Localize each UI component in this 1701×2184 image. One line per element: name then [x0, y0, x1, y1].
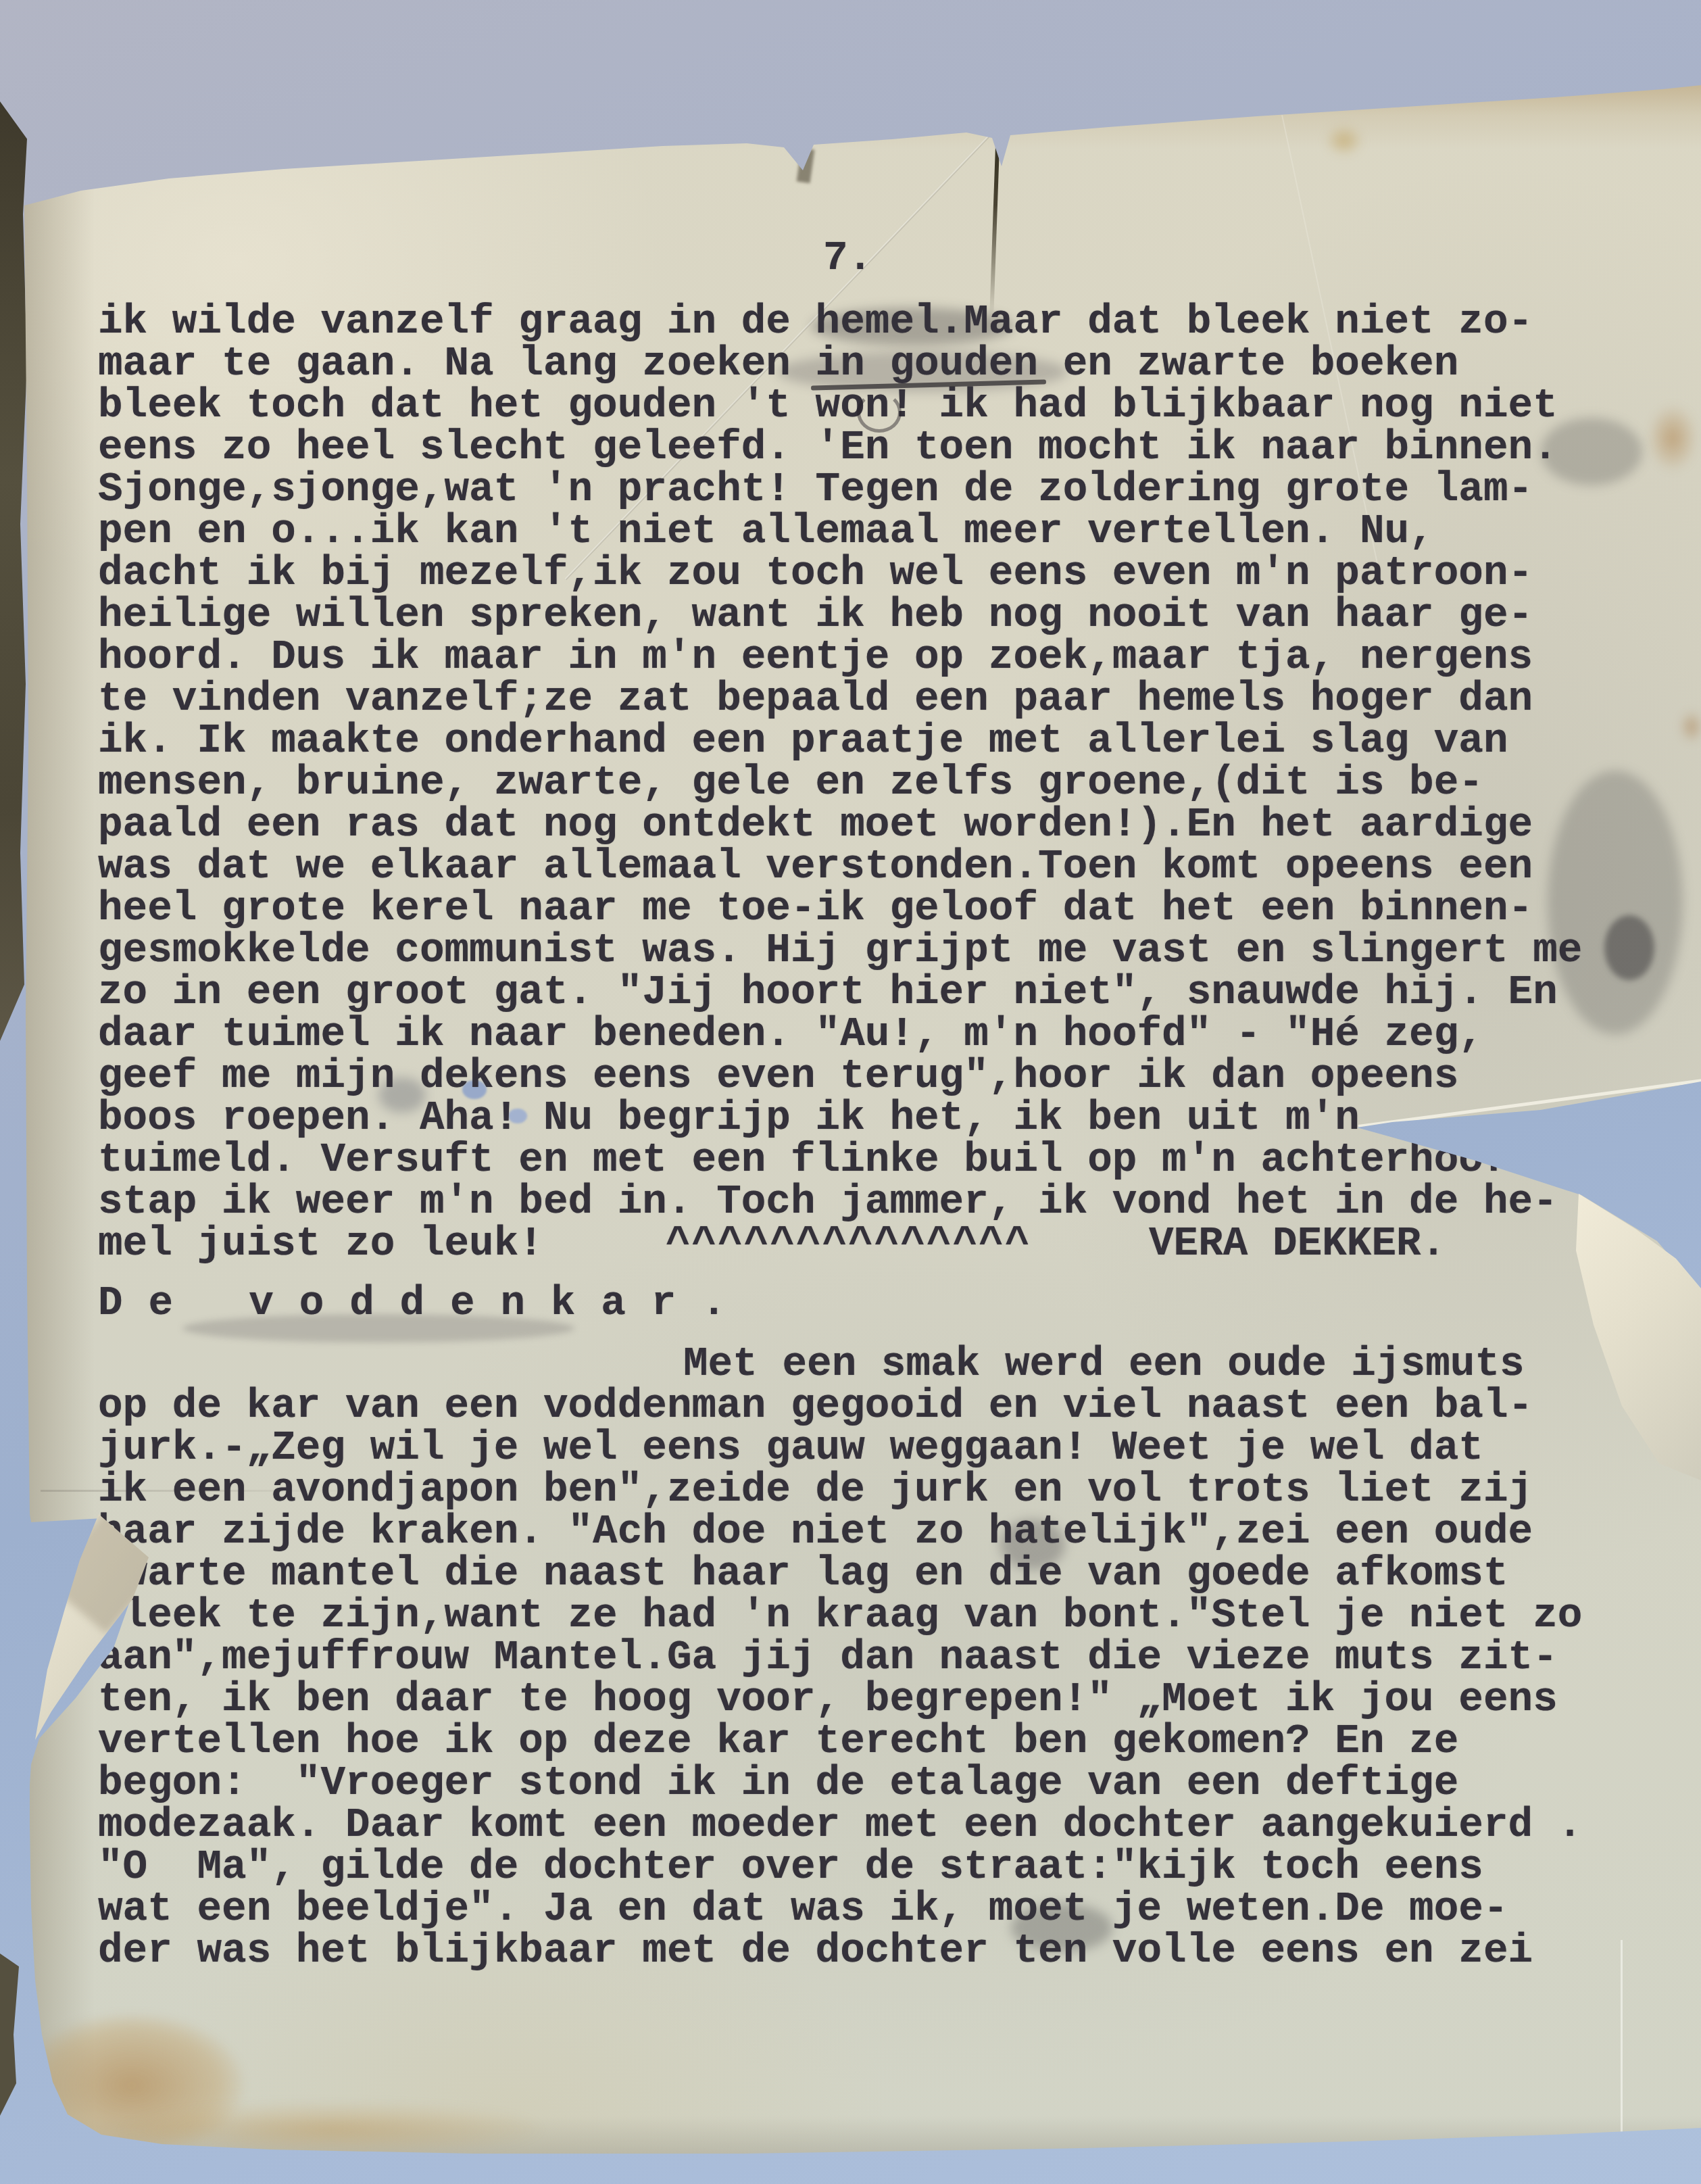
paper-sheet: 7. ik wilde vanzelf graag in de hemel.Ma… [0, 0, 1701, 2184]
foxing-stain [122, 2102, 541, 2156]
underlying-page-edge [0, 1954, 20, 2116]
typed-line: ten, ik ben daar te hoog voor, begrepen!… [98, 1679, 1582, 1721]
typed-line: geef me mijn dekens eens even terug",hoo… [98, 1056, 1582, 1098]
typed-line: eens zo heel slecht geleefd. 'En toen mo… [98, 427, 1582, 469]
foxing-stain [1649, 406, 1696, 470]
typed-line: "O Ma", gilde de dochter over de straat:… [98, 1847, 1582, 1889]
typed-line: stap ik weer m'n bed in. Toch jammer, ik… [98, 1182, 1582, 1223]
typed-line: te vinden vanzelf;ze zat bepaald een paa… [98, 679, 1582, 721]
typed-line: tuimeld. Versuft en met een flinke buil … [98, 1140, 1582, 1182]
typed-line: hoord. Dus ik maar in m'n eentje op zoek… [98, 637, 1582, 679]
typed-line: zo in een groot gat. "Jij hoort hier nie… [98, 972, 1582, 1014]
author-signature: VERA DEKKER. [1149, 1223, 1446, 1265]
typed-line: Sjonge,sjonge,wat 'n pracht! Tegen de zo… [98, 469, 1582, 511]
typed-line: mensen, bruine, zwarte, gele en zelfs gr… [98, 762, 1582, 804]
typed-line: dacht ik bij mezelf,ik zou toch wel eens… [98, 553, 1582, 595]
typed-line: aan",mejuffrouw Mantel.Ga jij dan naast … [98, 1637, 1582, 1679]
typed-line: heilige willen spreken, want ik heb nog … [98, 595, 1582, 637]
typed-line: heel grote kerel naar me toe-ik geloof d… [98, 888, 1582, 930]
typed-line: der was het blijkbaar met de dochter ten… [98, 1931, 1582, 1972]
foxing-stain [1680, 711, 1701, 742]
typed-line: modezaak. Daar komt een moeder met een d… [98, 1805, 1582, 1847]
typed-line: bleek te zijn,want ze had 'n kraag van b… [98, 1595, 1582, 1637]
typed-line: Met een smak werd een oude ijsmuts [98, 1344, 1582, 1386]
typed-line: wat een beeldje". Ja en dat was ik, moet… [98, 1889, 1582, 1931]
typed-line: was dat we elkaar allemaal verstonden.To… [98, 846, 1582, 888]
torn-top-edge [0, 74, 1701, 149]
typed-line: jurk.-„Zeg wil je wel eens gauw weggaan!… [98, 1428, 1582, 1470]
typed-line: begon: "Vroeger stond ik in de etalage v… [98, 1763, 1582, 1805]
caret-divider: ^^^^^^^^^^^^^^ [666, 1223, 1031, 1265]
typed-line: gesmokkelde communist was. Hij grijpt me… [98, 930, 1582, 972]
typed-line: ik. Ik maakte onderhand een praatje met … [98, 721, 1582, 762]
page-number: 7. [823, 238, 872, 280]
typed-line: paald een ras dat nog ontdekt moet worde… [98, 804, 1582, 846]
strikethrough-loop [857, 392, 902, 433]
foxing-stain [1326, 126, 1362, 155]
typed-line: haar zijde kraken. "Ach doe niet zo hate… [98, 1511, 1582, 1553]
ink-smudge [1604, 915, 1654, 980]
typed-line: bleek toch dat het gouden 't won! ik had… [98, 385, 1582, 427]
closing-text: mel juist zo leuk! [98, 1223, 543, 1265]
closing-line: mel juist zo leuk! ^^^^^^^^^^^^^^ VERA D… [98, 1223, 1582, 1265]
paper-nick [797, 148, 815, 183]
story2-text-block: Met een smak werd een oude ijsmuts op de… [98, 1344, 1582, 1972]
typed-line: op de kar van een voddenman gegooid en v… [98, 1386, 1582, 1428]
typed-line: boos roepen. Aha! Nu begrijp ik het, ik … [98, 1098, 1582, 1140]
story2-heading: De voddenkar. [98, 1283, 752, 1325]
typed-line: maar te gaan. Na lang zoeken in gouden e… [98, 343, 1582, 385]
typed-line: zwarte mantel die naast haar lag en die … [98, 1553, 1582, 1595]
typed-line: vertellen hoe ik op deze kar terecht ben… [98, 1721, 1582, 1763]
left-edge-shading [20, 189, 95, 2136]
typed-line: daar tuimel ik naar beneden. "Au!, m'n h… [98, 1014, 1582, 1056]
crease-line [1621, 1940, 1623, 2152]
typed-line: ik wilde vanzelf graag in de hemel.Maar … [98, 301, 1582, 343]
typed-line: ik een avondjapon ben",zeide de jurk en … [98, 1470, 1582, 1511]
paper-crack [989, 130, 1000, 318]
story-continuation-block: ik wilde vanzelf graag in de hemel.Maar … [98, 301, 1582, 1265]
typed-line: pen en o...ik kan 't niet allemaal meer … [98, 511, 1582, 553]
scanned-page: 7. ik wilde vanzelf graag in de hemel.Ma… [0, 0, 1701, 2184]
